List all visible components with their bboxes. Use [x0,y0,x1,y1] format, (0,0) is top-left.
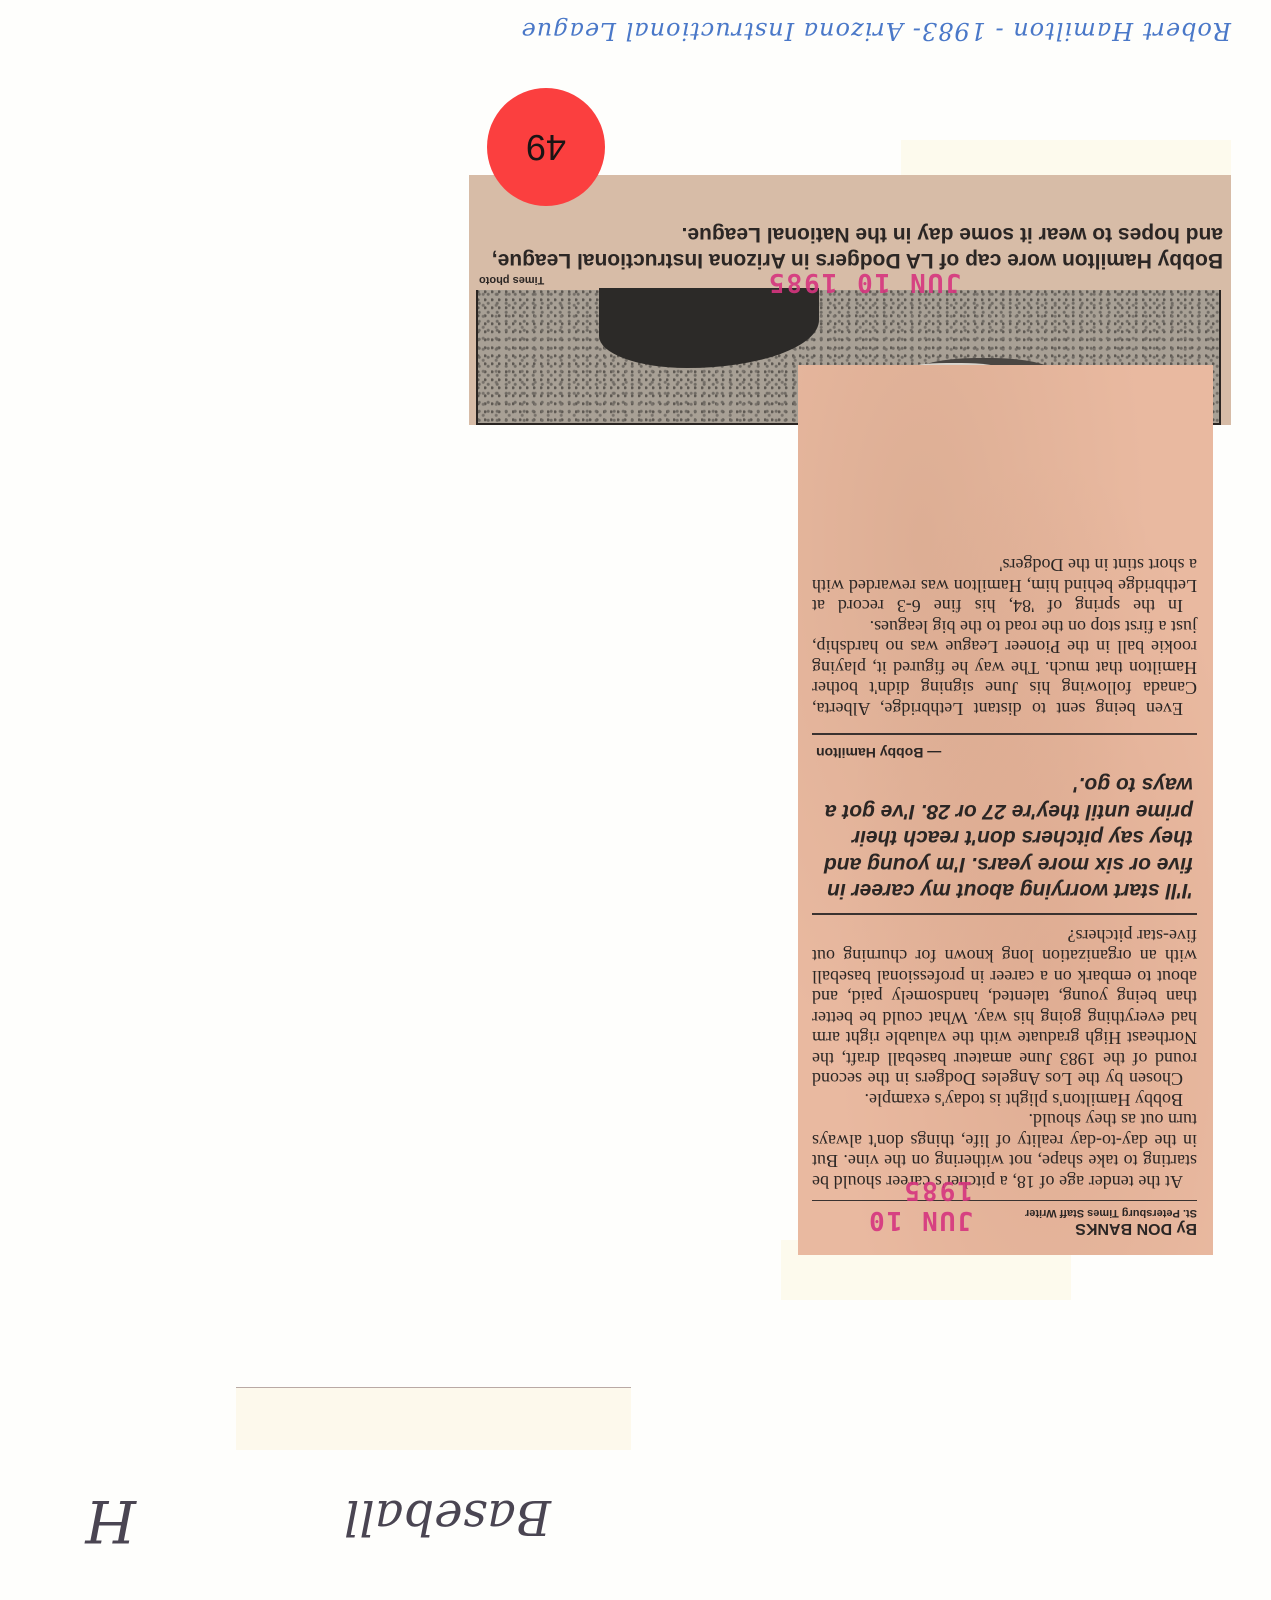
index-card [236,1387,631,1450]
handwritten-category: Baseball [344,1489,551,1545]
photo-caption: Bobby Hamilton wore cap of LA Dodgers in… [478,221,1223,273]
date-stamp: JUN 10 1985 [798,1175,973,1235]
pull-quote: 'I'll start worrying about my career in … [812,733,1197,916]
article-paragraph: Chosen by the Los Angeles Dodgers in the… [812,926,1197,1090]
handwritten-note: Robert Hamilton - 1983- Arizona Instruct… [521,17,1231,45]
pull-quote-text: 'I'll start worrying about my career in … [816,771,1193,904]
date-stamp: JUN 10 1985 [767,267,961,297]
article-paragraph: Bobby Hamilton's plight is today's examp… [812,1090,1197,1111]
article-paragraph: In the spring of '84, his fine 6-3 recor… [812,555,1197,617]
photo-shadow [599,288,819,368]
article-paragraph: Even being sent to distant Lethbridge, A… [812,617,1197,720]
number-sticker: 49 [487,88,605,206]
scanned-sheet: Robert Hamilton - 1983- Arizona Instruct… [0,0,1271,1600]
handwritten-initial: H [85,1487,136,1555]
pull-quote-attribution: — Bobby Hamilton [816,745,1193,761]
photo-credit: Times photo [479,274,544,286]
article-column: By DON BANKS St. Petersburg Times Staff … [798,365,1213,1255]
